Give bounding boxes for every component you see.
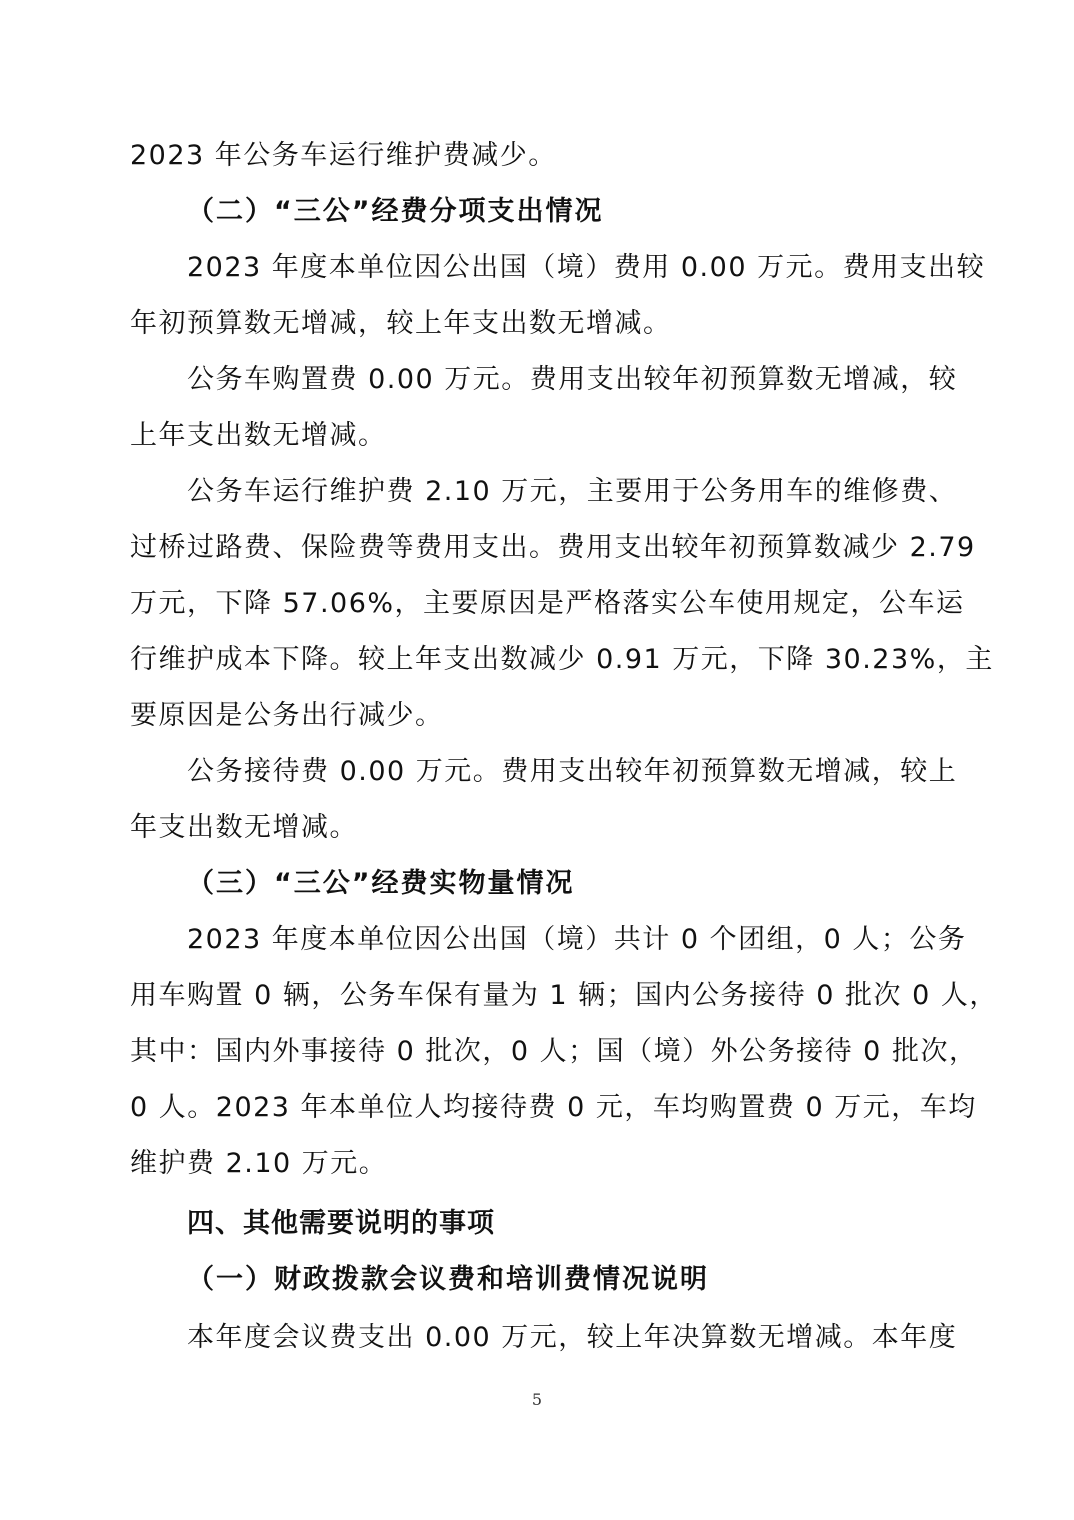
- paragraph-line: 0 人。2023 年本单位人均接待费 0 元，车均购置费 0 万元，车均: [130, 1090, 946, 1126]
- subheading-expenditure-items: （二）“三公”经费分项支出情况: [187, 194, 1003, 230]
- paragraph-line: 2023 年度本单位因公出国（境）共计 0 个团组，0 人；公务: [187, 922, 946, 958]
- page-number: 5: [0, 1390, 1074, 1409]
- paragraph-line: 年初预算数无增减，较上年支出数无增减。: [130, 306, 946, 342]
- paragraph-line: 2023 年度本单位因公出国（境）费用 0.00 万元。费用支出较: [187, 250, 946, 286]
- paragraph-line: 年支出数无增减。: [130, 810, 946, 846]
- paragraph-line: 公务接待费 0.00 万元。费用支出较年初预算数无增减，较上: [187, 754, 946, 790]
- subheading-meeting-training-fees: （一）财政拨款会议费和培训费情况说明: [187, 1262, 1003, 1298]
- paragraph-line: 本年度会议费支出 0.00 万元，较上年决算数无增减。本年度: [187, 1320, 946, 1356]
- subheading-physical-quantity: （三）“三公”经费实物量情况: [187, 866, 1003, 902]
- paragraph-line: 维护费 2.10 万元。: [130, 1146, 946, 1182]
- paragraph-line: 行维护成本下降。较上年支出数减少 0.91 万元，下降 30.23%，主: [130, 642, 946, 678]
- paragraph-line: 其中：国内外事接待 0 批次，0 人；国（境）外公务接待 0 批次，: [130, 1034, 946, 1070]
- paragraph-line: 要原因是公务出行减少。: [130, 698, 946, 734]
- paragraph-line: 公务车购置费 0.00 万元。费用支出较年初预算数无增减，较: [187, 362, 946, 398]
- paragraph-line: 用车购置 0 辆，公务车保有量为 1 辆；国内公务接待 0 批次 0 人，: [130, 978, 946, 1014]
- section-heading-other-matters: 四、其他需要说明的事项: [187, 1206, 1003, 1242]
- paragraph-line: 上年支出数无增减。: [130, 418, 946, 454]
- paragraph-line: 公务车运行维护费 2.10 万元，主要用于公务用车的维修费、: [187, 474, 946, 510]
- document-page: 2023 年公务车运行维护费减少。 （二）“三公”经费分项支出情况 2023 年…: [0, 0, 1074, 1520]
- paragraph-line: 2023 年公务车运行维护费减少。: [130, 138, 946, 174]
- paragraph-line: 万元，下降 57.06%，主要原因是严格落实公车使用规定，公车运: [130, 586, 946, 622]
- paragraph-line: 过桥过路费、保险费等费用支出。费用支出较年初预算数减少 2.79: [130, 530, 946, 566]
